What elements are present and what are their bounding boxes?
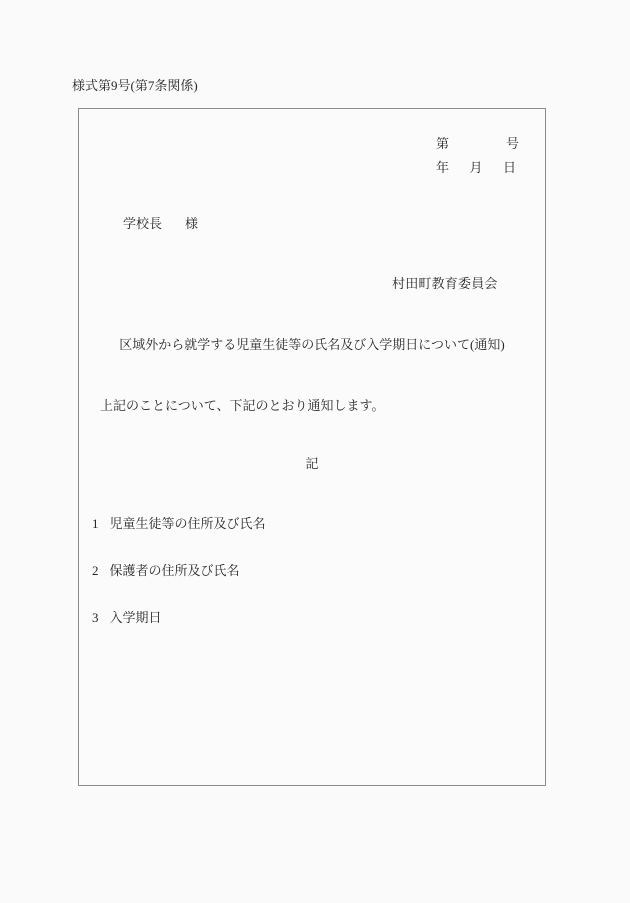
date-day-label: 日: [503, 160, 516, 175]
subject-title: 区域外から就学する児童生徒等の氏名及び入学期日について(通知): [79, 337, 545, 352]
item-text: 児童生徒等の住所及び氏名: [110, 516, 266, 531]
document-page: 様式第9号(第7条関係) 第 号 年 月 日 学校長 様 村田町教育委員会 区域…: [0, 0, 630, 903]
item-number: 3: [92, 610, 99, 625]
date-line: 年 月 日: [436, 160, 516, 175]
recipient-line: 学校長 様: [123, 216, 198, 231]
body-text: 上記のことについて、下記のとおり通知します。: [100, 398, 384, 413]
item-text: 入学期日: [110, 610, 162, 625]
doc-number-prefix: 第: [436, 136, 449, 151]
item-number: 1: [92, 516, 99, 531]
doc-number-suffix: 号: [506, 136, 519, 151]
list-item: 1 児童生徒等の住所及び氏名: [92, 516, 266, 531]
date-month-label: 月: [469, 160, 482, 175]
item-number: 2: [92, 563, 99, 578]
list-item: 3 入学期日: [92, 610, 162, 625]
date-year-label: 年: [436, 160, 449, 175]
document-frame: [78, 108, 546, 786]
list-item: 2 保護者の住所及び氏名: [92, 563, 240, 578]
sender-name: 村田町教育委員会: [392, 276, 498, 291]
form-label: 様式第9号(第7条関係): [72, 78, 198, 93]
recipient-honorific: 様: [185, 216, 198, 231]
list-heading: 記: [79, 456, 545, 471]
doc-number-line: 第 号: [436, 136, 519, 151]
recipient-title: 学校長: [123, 216, 162, 231]
item-text: 保護者の住所及び氏名: [110, 563, 240, 578]
